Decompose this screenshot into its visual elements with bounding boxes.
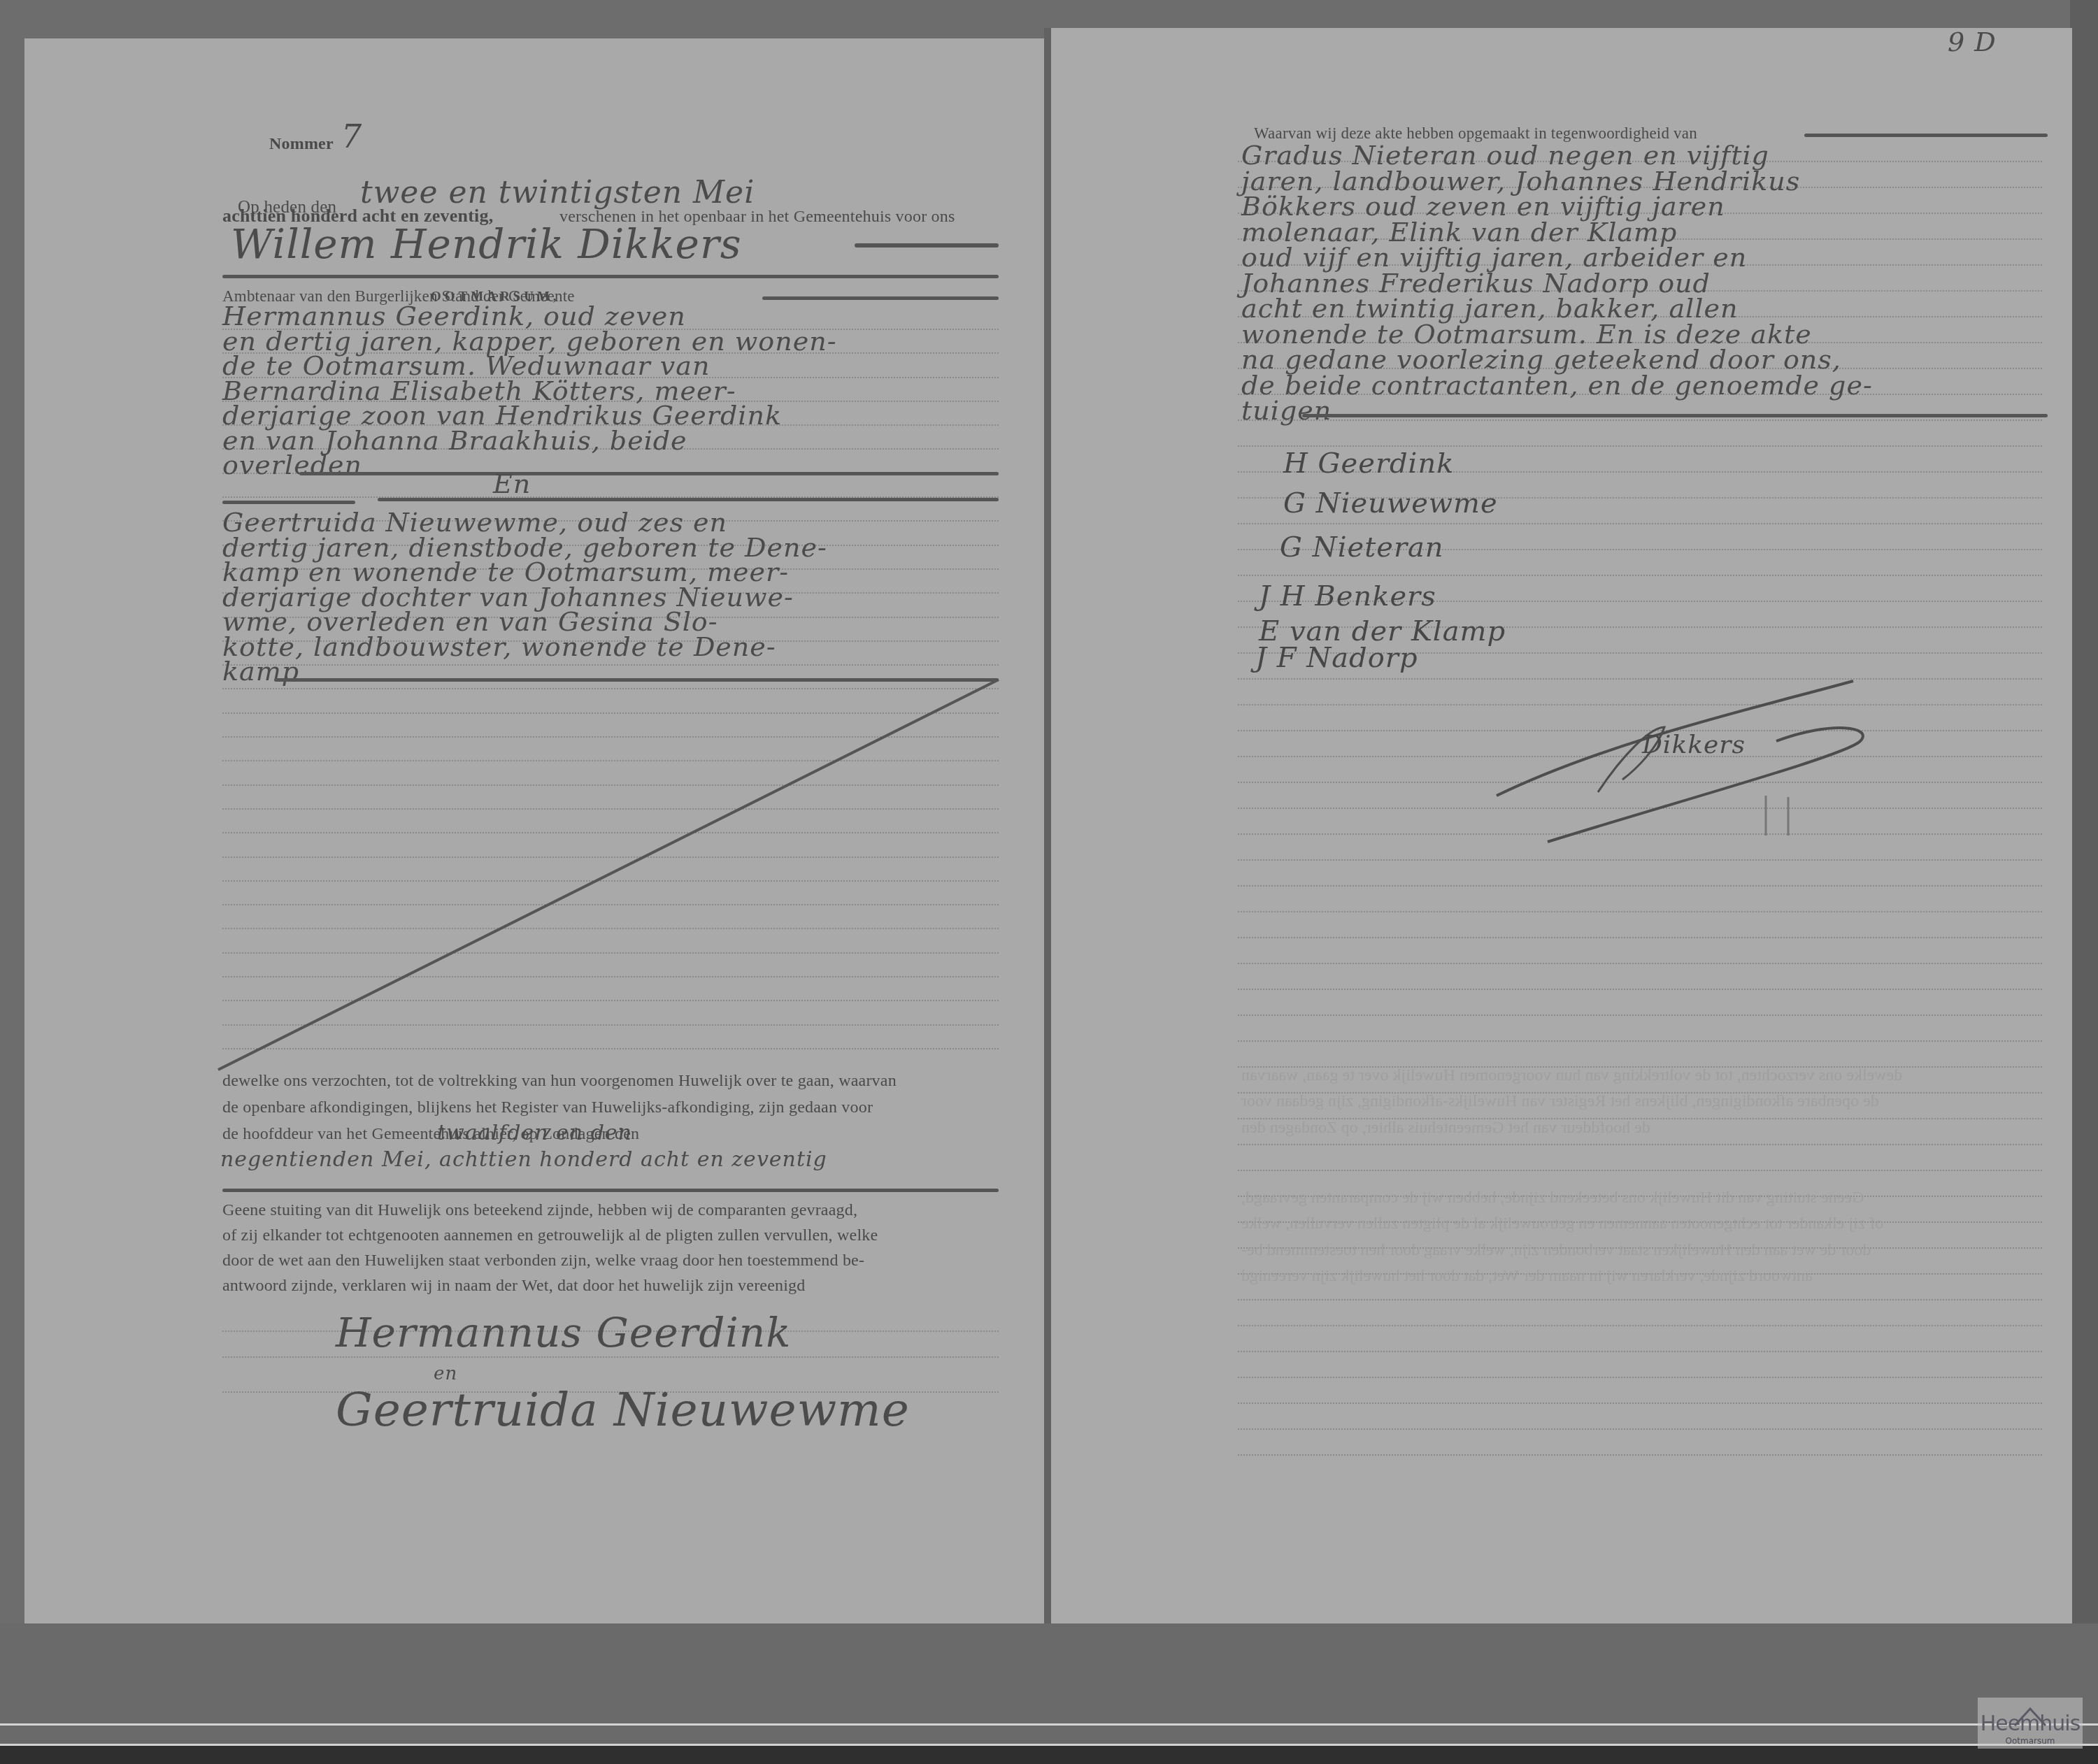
bleed-through-line: de hoofddeur van het Gemeentehuis alhier… <box>1241 1119 1650 1138</box>
official-signature-flourish <box>0 0 2098 1764</box>
bleed-through-line: dewelke ons verzochten, tot de voltrekki… <box>1241 1066 1902 1085</box>
bleed-through-line: of zij elkander tot echtgenooten aanneme… <box>1241 1214 1883 1233</box>
heemhuis-watermark: Heemhuis Ootmarsum <box>1978 1698 2083 1749</box>
bleed-through-line: door de wet aan den Huwelijken staat ver… <box>1241 1241 1871 1260</box>
bleed-through-line: Geene stuiting van dit Huwelijk ons bete… <box>1241 1189 1864 1207</box>
watermark-subtitle: Ootmarsum <box>1978 1736 2083 1746</box>
bleed-through-line: antwoord zijnde, verklaren wij in naam d… <box>1241 1267 1813 1286</box>
watermark-title: Heemhuis <box>1978 1712 2083 1736</box>
official-signature: Dikkers <box>1642 731 1746 759</box>
bleed-through-line: de openbare afkondigingen, blijkens het … <box>1241 1092 1879 1111</box>
